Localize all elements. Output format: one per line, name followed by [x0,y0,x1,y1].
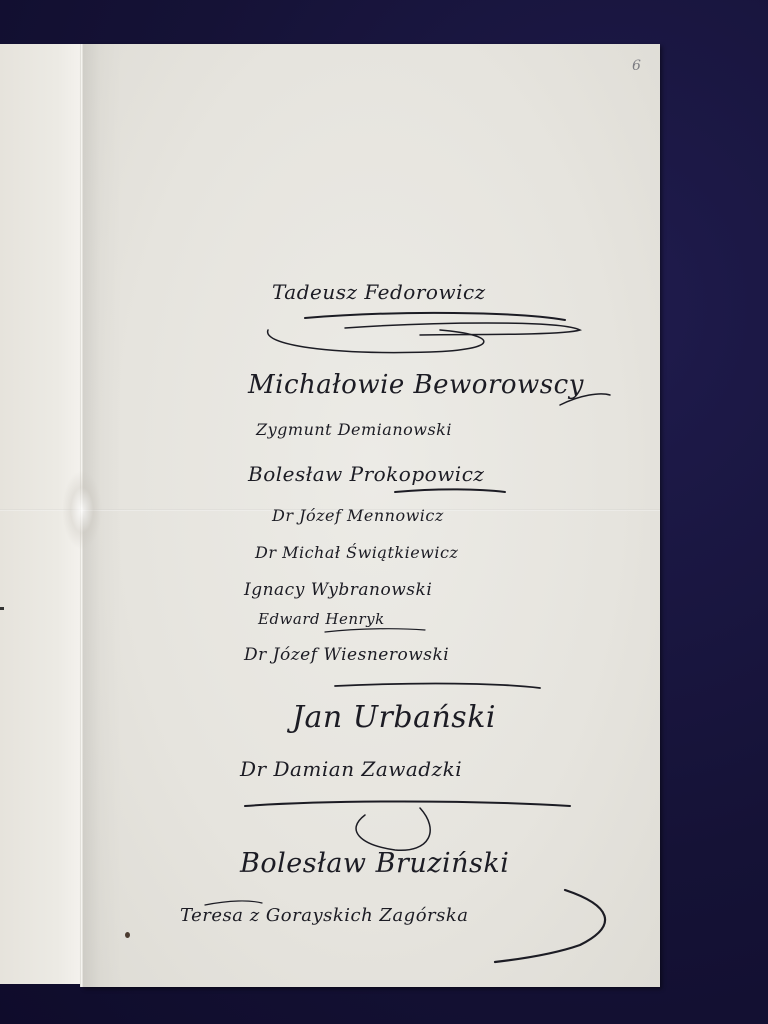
signature-3: Zygmunt Demianowski [256,420,452,439]
signature-11: Dr Damian Zawadzki [240,757,462,781]
paper-crease [62,470,102,550]
signature-8: Edward Henryk [258,610,385,628]
signature-2: Michałowie Beworowscy [248,370,584,400]
signature-12: Bolesław Bruziński [240,848,509,879]
ink-stain [125,932,130,938]
signature-4: Bolesław Prokopowicz [248,462,484,486]
signature-7: Ignacy Wybranowski [244,580,432,600]
page-number: 6 [632,58,641,74]
signature-5: Dr Józef Mennowicz [272,506,444,525]
signature-13: Teresa z Gorayskich Zagórska [180,905,469,926]
signature-10: Jan Urbański [292,700,496,735]
ink-mark [0,607,4,610]
photo-scene: 6 Tadeusz Fedorowicz Michałowie Beworows… [0,0,768,1024]
signature-9: Dr Józef Wiesnerowski [244,645,449,665]
signature-6: Dr Michał Świątkiewicz [255,543,458,562]
signature-1: Tadeusz Fedorowicz [272,280,486,304]
